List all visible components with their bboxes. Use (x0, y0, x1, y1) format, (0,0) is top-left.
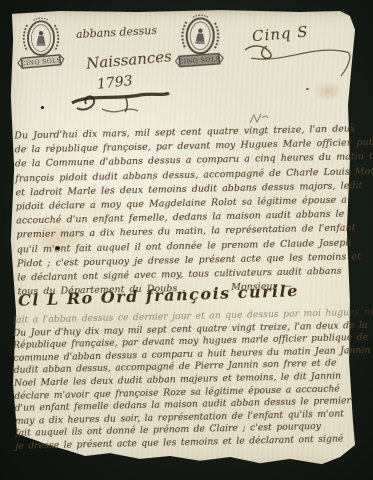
seated-figure-icon (39, 31, 43, 35)
birth-act-1: Du Jourd'hui dix mars, mil sept cent qua… (14, 123, 353, 300)
scanned-document-page: CINQ SOLS CINQ SOLS abbans dessus Naissa… (0, 0, 373, 480)
revenue-stamp-icon: CINQ SOLS (18, 15, 64, 75)
ink-speck (41, 106, 44, 109)
laurel-branch-icon (24, 25, 27, 51)
ink-blot (55, 246, 60, 250)
stamp-banner: CINQ SOLS (175, 53, 223, 67)
pen-flourish-icon (243, 36, 358, 81)
crossed-out-scribble-icon (68, 86, 173, 114)
stamp-banner: CINQ SOLS (18, 55, 65, 69)
revenue-stamp-icon: CINQ SOLS (174, 11, 226, 75)
birth-act-2: fait a l'abban dessus ce dernier jour et… (12, 307, 359, 453)
rust-stain (306, 88, 309, 90)
seated-figure-icon (198, 28, 203, 33)
laurel-branch-icon (55, 25, 58, 51)
